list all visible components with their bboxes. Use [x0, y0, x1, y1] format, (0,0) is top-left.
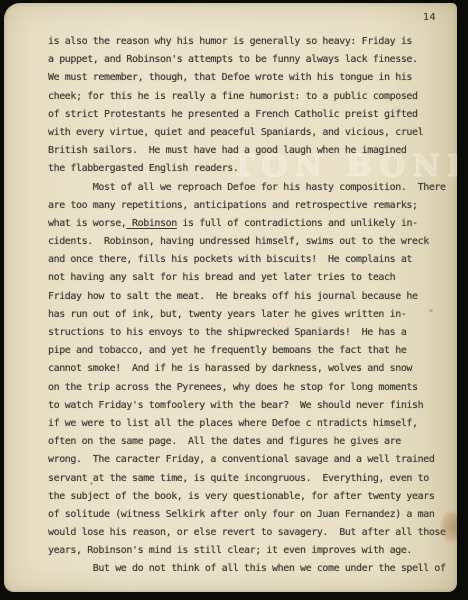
text-line: cidents. Robinson, having undressed hims… — [48, 233, 453, 251]
typewritten-text: is also the reason why his humor is gene… — [48, 33, 453, 579]
text-line: on the trip across the Pyrenees, why doe… — [48, 379, 453, 397]
text-line: with every virtue, quiet and peaceful Sp… — [48, 124, 453, 142]
text-line: the flabbergasted English readers. — [48, 160, 453, 178]
scan-background: 14 TON BOND is also the reason why his h… — [0, 0, 468, 600]
text-line: British sailors. He must have had a good… — [48, 142, 453, 160]
text-line: Friday how to salt the meat. He breaks o… — [48, 288, 453, 306]
text-line: We must remember, though, that Defoe wro… — [48, 69, 453, 87]
text-line: a puppet, and Robinson's attempts to be … — [48, 51, 453, 69]
text-line: are too many repetitions, anticipations … — [48, 197, 453, 215]
text-line: structions to his envoys to the shipwrec… — [48, 324, 453, 342]
paper-stain — [439, 511, 457, 545]
ink-speck — [429, 309, 433, 312]
paper-page: 14 TON BOND is also the reason why his h… — [4, 3, 457, 592]
text-line: wrong. The caracter Friday, a convention… — [48, 451, 453, 469]
text-line: has run out of ink, but, twenty years la… — [48, 306, 453, 324]
text-line: and once there, fills his pockets with b… — [48, 251, 453, 269]
text-line: But we do not think of all this when we … — [48, 560, 453, 578]
text-line: servant at the same time, is quite incon… — [48, 470, 453, 488]
ink-speck — [90, 482, 93, 485]
text-line: of strict Protestants he presented a Fre… — [48, 106, 453, 124]
text-line: cheek; for this he is really a fine humo… — [48, 88, 453, 106]
line-segment: what is worse, — [48, 218, 126, 229]
text-line: to watch Friday's tomfoolery with the be… — [48, 397, 453, 415]
page-number: 14 — [423, 12, 436, 23]
text-line: often on the same page. All the dates an… — [48, 433, 453, 451]
text-line: cannot smoke! And if he is harassed by d… — [48, 360, 453, 378]
line-segment: is full of contradictions and unlikely i… — [177, 218, 418, 229]
text-line: if we were to list all the places where … — [48, 415, 453, 433]
text-line: is also the reason why his humor is gene… — [48, 33, 453, 51]
text-line: pipe and tobacco, and yet he frequently … — [48, 342, 453, 360]
text-line: Most of all we reproach Defoe for his ha… — [48, 179, 453, 197]
text-line: of solitude (witness Selkirk after only … — [48, 506, 453, 524]
text-line: not having any salt for his bread and ye… — [48, 269, 453, 287]
text-line: years, Robinson's mind is still clear; i… — [48, 542, 453, 560]
text-line: would lose his reason, or else revert to… — [48, 524, 453, 542]
text-line: what is worse, Robinson is full of contr… — [48, 215, 453, 233]
text-line: the subject of the book, is very questio… — [48, 488, 453, 506]
underlined-word: Robinson — [126, 218, 176, 229]
